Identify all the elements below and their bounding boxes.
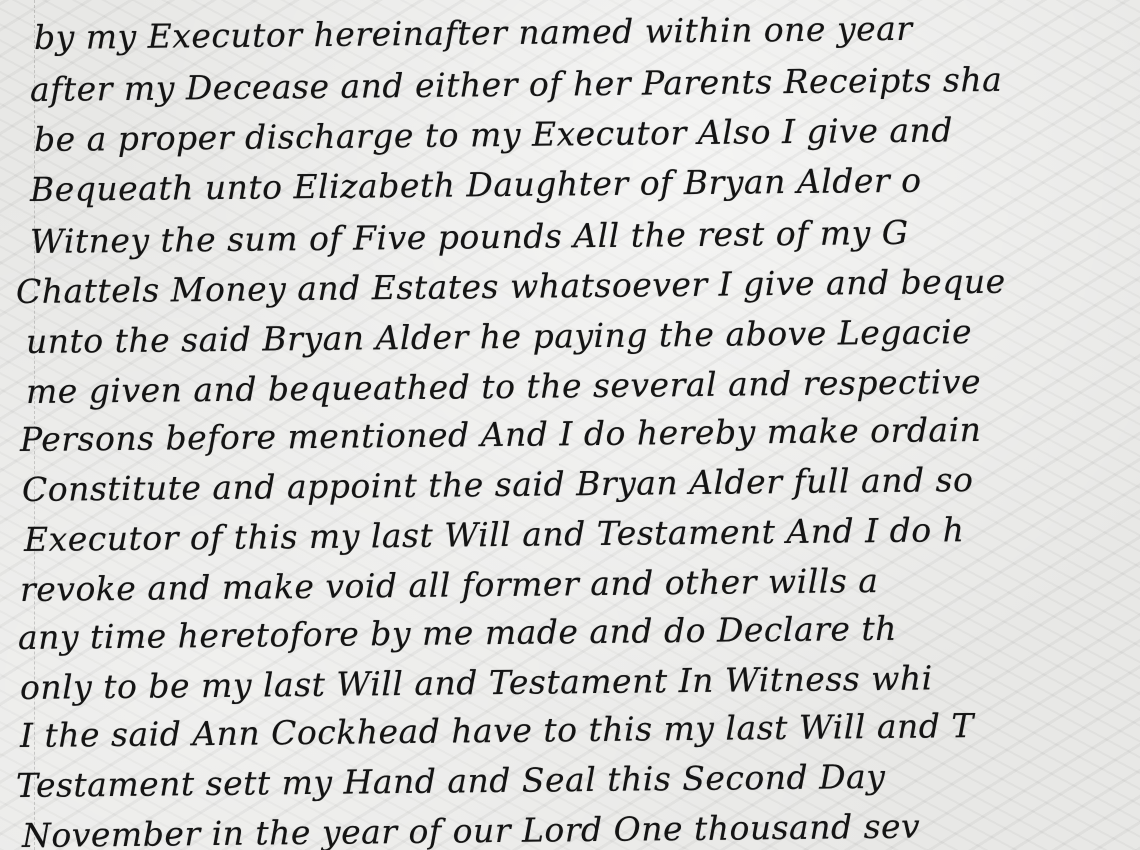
text-line: after my Decease and either of her Paren… — [30, 60, 1003, 109]
text-line: November in the year of our Lord One tho… — [22, 807, 921, 850]
text-line: Testament sett my Hand and Seal this Sec… — [16, 757, 886, 805]
text-line: Chattels Money and Estates whatsoever I … — [16, 262, 1006, 311]
text-line: Executor of this my last Will and Testam… — [24, 510, 965, 559]
text-line: by my Executor hereinafter named within … — [34, 9, 913, 57]
text-line: Witney the sum of Five pounds All the re… — [30, 213, 909, 261]
manuscript-page: by my Executor hereinafter named within … — [0, 0, 1140, 850]
text-line: Bequeath unto Elizabeth Daughter of Brya… — [30, 161, 922, 209]
text-line: be a proper discharge to my Executor Als… — [34, 110, 953, 159]
text-line: Persons before mentioned And I do hereby… — [20, 410, 982, 459]
text-line: Constitute and appoint the said Bryan Al… — [22, 460, 974, 509]
text-line: me given and bequeathed to the several a… — [26, 362, 981, 411]
text-line: I the said Ann Cockhead have to this my … — [20, 706, 974, 755]
text-line: only to be my last Will and Testament In… — [20, 658, 933, 707]
text-line: unto the said Bryan Alder he paying the … — [26, 312, 972, 361]
text-line: any time heretofore by me made and do De… — [18, 609, 897, 657]
text-line: revoke and make void all former and othe… — [20, 561, 879, 609]
